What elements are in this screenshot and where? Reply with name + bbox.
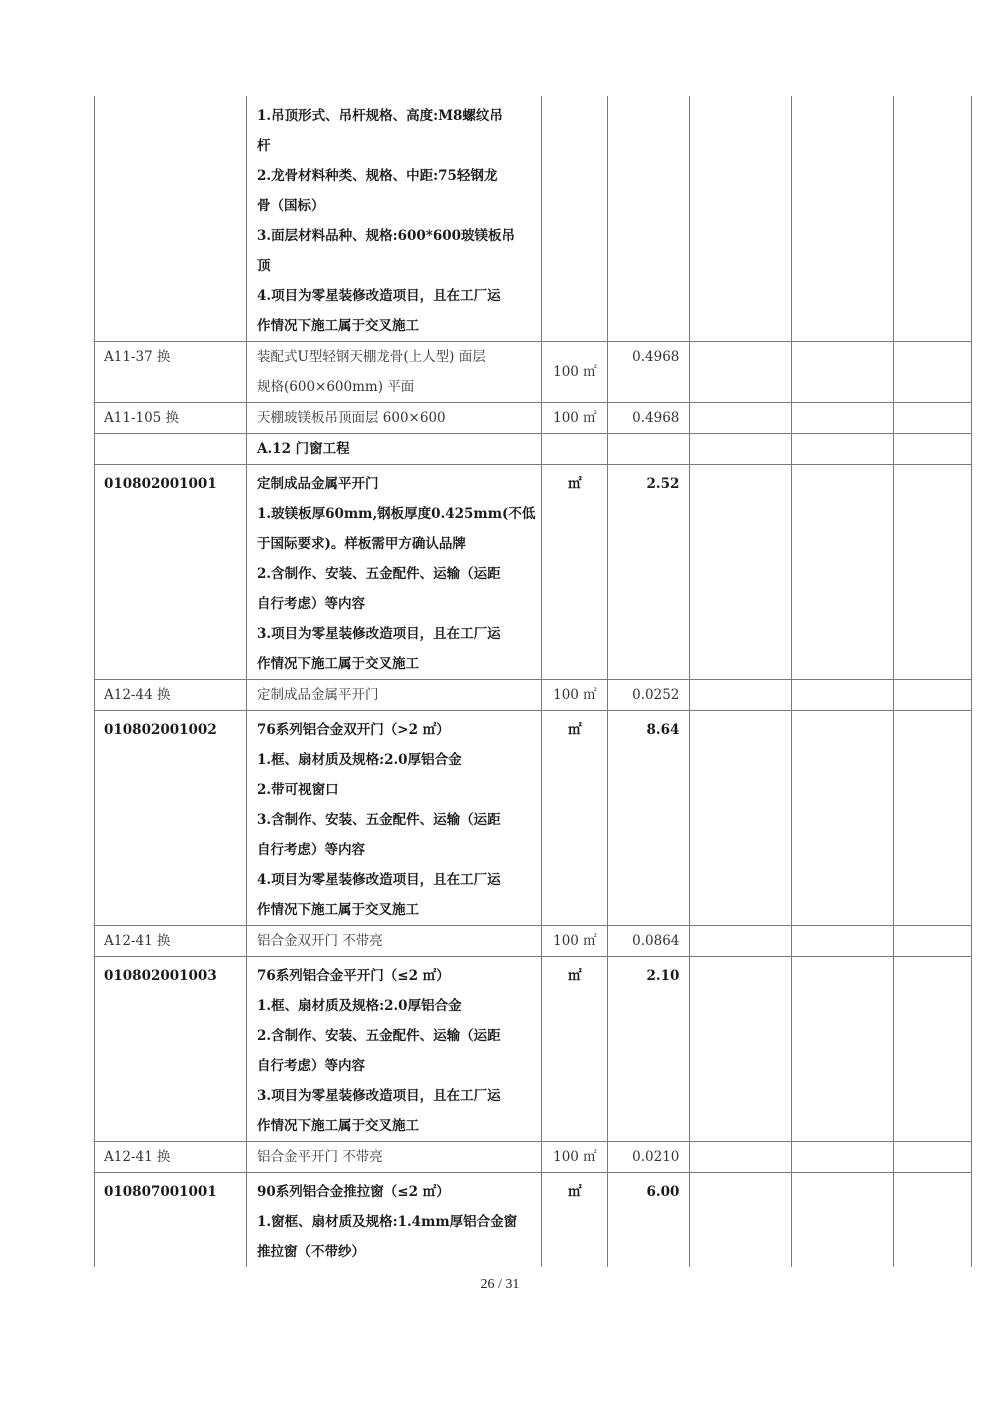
description-line: 天棚玻镁板吊顶面层 600×600	[257, 403, 535, 433]
table-row: 01080700100190系列铝合金推拉窗（≤2 ㎡）1.窗框、扇材质及规格:…	[95, 1173, 972, 1268]
total-price-cell	[792, 434, 894, 465]
item-code-cell: 010802001002	[95, 711, 247, 926]
description-line: 3.面层材料品种、规格:600*600玻镁板吊	[257, 221, 535, 251]
description-line: A.12 门窗工程	[257, 434, 535, 464]
description-cell: 76系列铝合金平开门（≤2 ㎡）1.框、扇材质及规格:2.0厚铝合金2.含制作、…	[247, 957, 542, 1142]
total-price-cell	[792, 1173, 894, 1268]
estimate-cell	[894, 342, 972, 403]
estimate-cell	[894, 957, 972, 1142]
item-code-cell: 010802001001	[95, 465, 247, 680]
unit-price-cell	[690, 342, 792, 403]
item-code-cell: A12-41 换	[95, 1142, 247, 1173]
description-line: 自行考虑）等内容	[257, 589, 535, 619]
unit-cell	[542, 434, 608, 465]
description-line: 3.项目为零星装修改造项目，且在工厂运	[257, 1081, 535, 1111]
unit-cell: 100 ㎡	[542, 342, 608, 403]
unit-cell: ㎡	[542, 1173, 608, 1268]
quantity-cell	[608, 96, 690, 342]
unit-price-cell	[690, 434, 792, 465]
description-line: 1.框、扇材质及规格:2.0厚铝合金	[257, 745, 535, 775]
description-cell: 90系列铝合金推拉窗（≤2 ㎡）1.窗框、扇材质及规格:1.4mm厚铝合金窗推拉…	[247, 1173, 542, 1268]
unit-cell: ㎡	[542, 711, 608, 926]
total-price-cell	[792, 926, 894, 957]
unit-cell: ㎡	[542, 465, 608, 680]
description-line: 作情况下施工属于交叉施工	[257, 1111, 535, 1141]
item-code-cell: 010802001003	[95, 957, 247, 1142]
document-page: 1.吊顶形式、吊杆规格、高度:M8螺纹吊杆2.龙骨材料种类、规格、中距:75轻钢…	[0, 0, 1000, 1414]
description-cell: 76系列铝合金双开门（>2 ㎡）1.框、扇材质及规格:2.0厚铝合金2.带可视窗…	[247, 711, 542, 926]
description-line: 骨（国标）	[257, 191, 535, 221]
total-price-cell	[792, 957, 894, 1142]
description-line: 1.玻镁板厚60mm,钢板厚度0.425mm(不低	[257, 499, 535, 529]
description-line: 90系列铝合金推拉窗（≤2 ㎡）	[257, 1177, 535, 1207]
description-line: 作情况下施工属于交叉施工	[257, 649, 535, 679]
unit-cell: 100 ㎡	[542, 1142, 608, 1173]
bill-of-quantities-table: 1.吊顶形式、吊杆规格、高度:M8螺纹吊杆2.龙骨材料种类、规格、中距:75轻钢…	[94, 96, 972, 1267]
description-line: 2.含制作、安装、五金配件、运输（运距	[257, 559, 535, 589]
description-line: 2.含制作、安装、五金配件、运输（运距	[257, 1021, 535, 1051]
total-price-cell	[792, 1142, 894, 1173]
table-row: 01080200100376系列铝合金平开门（≤2 ㎡）1.框、扇材质及规格:2…	[95, 957, 972, 1142]
unit-price-cell	[690, 96, 792, 342]
item-code-cell: A12-44 换	[95, 680, 247, 711]
estimate-cell	[894, 680, 972, 711]
unit-cell: 100 ㎡	[542, 926, 608, 957]
unit-price-cell	[690, 926, 792, 957]
unit-price-cell	[690, 1142, 792, 1173]
item-code-cell	[95, 434, 247, 465]
description-line: 76系列铝合金双开门（>2 ㎡）	[257, 715, 535, 745]
quota-row: A11-37 换装配式U型轻钢天棚龙骨(上人型) 面层规格(600×600mm)…	[95, 342, 972, 403]
description-line: 装配式U型轻钢天棚龙骨(上人型) 面层	[257, 342, 535, 372]
quota-row: A12-41 换铝合金双开门 不带亮100 ㎡0.0864	[95, 926, 972, 957]
estimate-cell	[894, 1173, 972, 1268]
description-line: 4.项目为零星装修改造项目，且在工厂运	[257, 281, 535, 311]
section-header-row: A.12 门窗工程	[95, 434, 972, 465]
description-line: 顶	[257, 251, 535, 281]
quantity-cell: 0.0252	[608, 680, 690, 711]
description-line: 定制成品金属平开门	[257, 469, 535, 499]
table-row: 01080200100276系列铝合金双开门（>2 ㎡）1.框、扇材质及规格:2…	[95, 711, 972, 926]
quantity-cell: 0.4968	[608, 403, 690, 434]
description-cell: 1.吊顶形式、吊杆规格、高度:M8螺纹吊杆2.龙骨材料种类、规格、中距:75轻钢…	[247, 96, 542, 342]
description-line: 2.带可视窗口	[257, 775, 535, 805]
description-line: 自行考虑）等内容	[257, 835, 535, 865]
item-code-cell: A11-37 换	[95, 342, 247, 403]
total-price-cell	[792, 711, 894, 926]
estimate-cell	[894, 1142, 972, 1173]
total-price-cell	[792, 342, 894, 403]
unit-price-cell	[690, 957, 792, 1142]
estimate-cell	[894, 711, 972, 926]
quantity-cell	[608, 434, 690, 465]
item-code-cell: 010807001001	[95, 1173, 247, 1268]
unit-cell: ㎡	[542, 957, 608, 1142]
description-line: 1.窗框、扇材质及规格:1.4mm厚铝合金窗	[257, 1207, 535, 1237]
description-cell: 装配式U型轻钢天棚龙骨(上人型) 面层规格(600×600mm) 平面	[247, 342, 542, 403]
description-line: 铝合金平开门 不带亮	[257, 1142, 535, 1172]
quantity-cell: 2.52	[608, 465, 690, 680]
estimate-cell	[894, 96, 972, 342]
quantity-cell: 0.0864	[608, 926, 690, 957]
description-line: 于国际要求)。样板需甲方确认品牌	[257, 529, 535, 559]
item-code-cell	[95, 96, 247, 342]
description-cell: 铝合金平开门 不带亮	[247, 1142, 542, 1173]
description-line: 2.龙骨材料种类、规格、中距:75轻钢龙	[257, 161, 535, 191]
estimate-cell	[894, 403, 972, 434]
description-line: 推拉窗（不带纱）	[257, 1237, 535, 1267]
total-price-cell	[792, 96, 894, 342]
unit-price-cell	[690, 403, 792, 434]
description-line: 定制成品金属平开门	[257, 680, 535, 710]
item-code-cell: A12-41 换	[95, 926, 247, 957]
description-line: 4.项目为零星装修改造项目，且在工厂运	[257, 865, 535, 895]
estimate-cell	[894, 926, 972, 957]
table-row: 010802001001定制成品金属平开门1.玻镁板厚60mm,钢板厚度0.42…	[95, 465, 972, 680]
unit-cell: 100 ㎡	[542, 403, 608, 434]
description-line: 规格(600×600mm) 平面	[257, 372, 535, 402]
table-row: 1.吊顶形式、吊杆规格、高度:M8螺纹吊杆2.龙骨材料种类、规格、中距:75轻钢…	[95, 96, 972, 342]
unit-cell	[542, 96, 608, 342]
description-line: 作情况下施工属于交叉施工	[257, 895, 535, 925]
description-line: 3.含制作、安装、五金配件、运输（运距	[257, 805, 535, 835]
total-price-cell	[792, 465, 894, 680]
description-line: 铝合金双开门 不带亮	[257, 926, 535, 956]
description-line: 1.吊顶形式、吊杆规格、高度:M8螺纹吊	[257, 101, 535, 131]
unit-price-cell	[690, 1173, 792, 1268]
quantity-cell: 6.00	[608, 1173, 690, 1268]
estimate-cell	[894, 465, 972, 680]
description-line: 作情况下施工属于交叉施工	[257, 311, 535, 341]
page-number: 26 / 31	[0, 1277, 1000, 1293]
quantity-cell: 8.64	[608, 711, 690, 926]
quantity-cell: 0.0210	[608, 1142, 690, 1173]
description-line: 1.框、扇材质及规格:2.0厚铝合金	[257, 991, 535, 1021]
description-line: 自行考虑）等内容	[257, 1051, 535, 1081]
quota-row: A12-44 换定制成品金属平开门100 ㎡0.0252	[95, 680, 972, 711]
description-cell: 定制成品金属平开门	[247, 680, 542, 711]
total-price-cell	[792, 403, 894, 434]
quantity-cell: 2.10	[608, 957, 690, 1142]
description-line: 76系列铝合金平开门（≤2 ㎡）	[257, 961, 535, 991]
unit-cell: 100 ㎡	[542, 680, 608, 711]
description-line: 3.项目为零星装修改造项目，且在工厂运	[257, 619, 535, 649]
total-price-cell	[792, 680, 894, 711]
description-line: 杆	[257, 131, 535, 161]
unit-price-cell	[690, 680, 792, 711]
unit-price-cell	[690, 711, 792, 926]
description-cell: 定制成品金属平开门1.玻镁板厚60mm,钢板厚度0.425mm(不低于国际要求)…	[247, 465, 542, 680]
estimate-cell	[894, 434, 972, 465]
quantity-cell: 0.4968	[608, 342, 690, 403]
description-cell: A.12 门窗工程	[247, 434, 542, 465]
description-cell: 天棚玻镁板吊顶面层 600×600	[247, 403, 542, 434]
quota-row: A11-105 换天棚玻镁板吊顶面层 600×600100 ㎡0.4968	[95, 403, 972, 434]
quota-row: A12-41 换铝合金平开门 不带亮100 ㎡0.0210	[95, 1142, 972, 1173]
item-code-cell: A11-105 换	[95, 403, 247, 434]
unit-price-cell	[690, 465, 792, 680]
description-cell: 铝合金双开门 不带亮	[247, 926, 542, 957]
